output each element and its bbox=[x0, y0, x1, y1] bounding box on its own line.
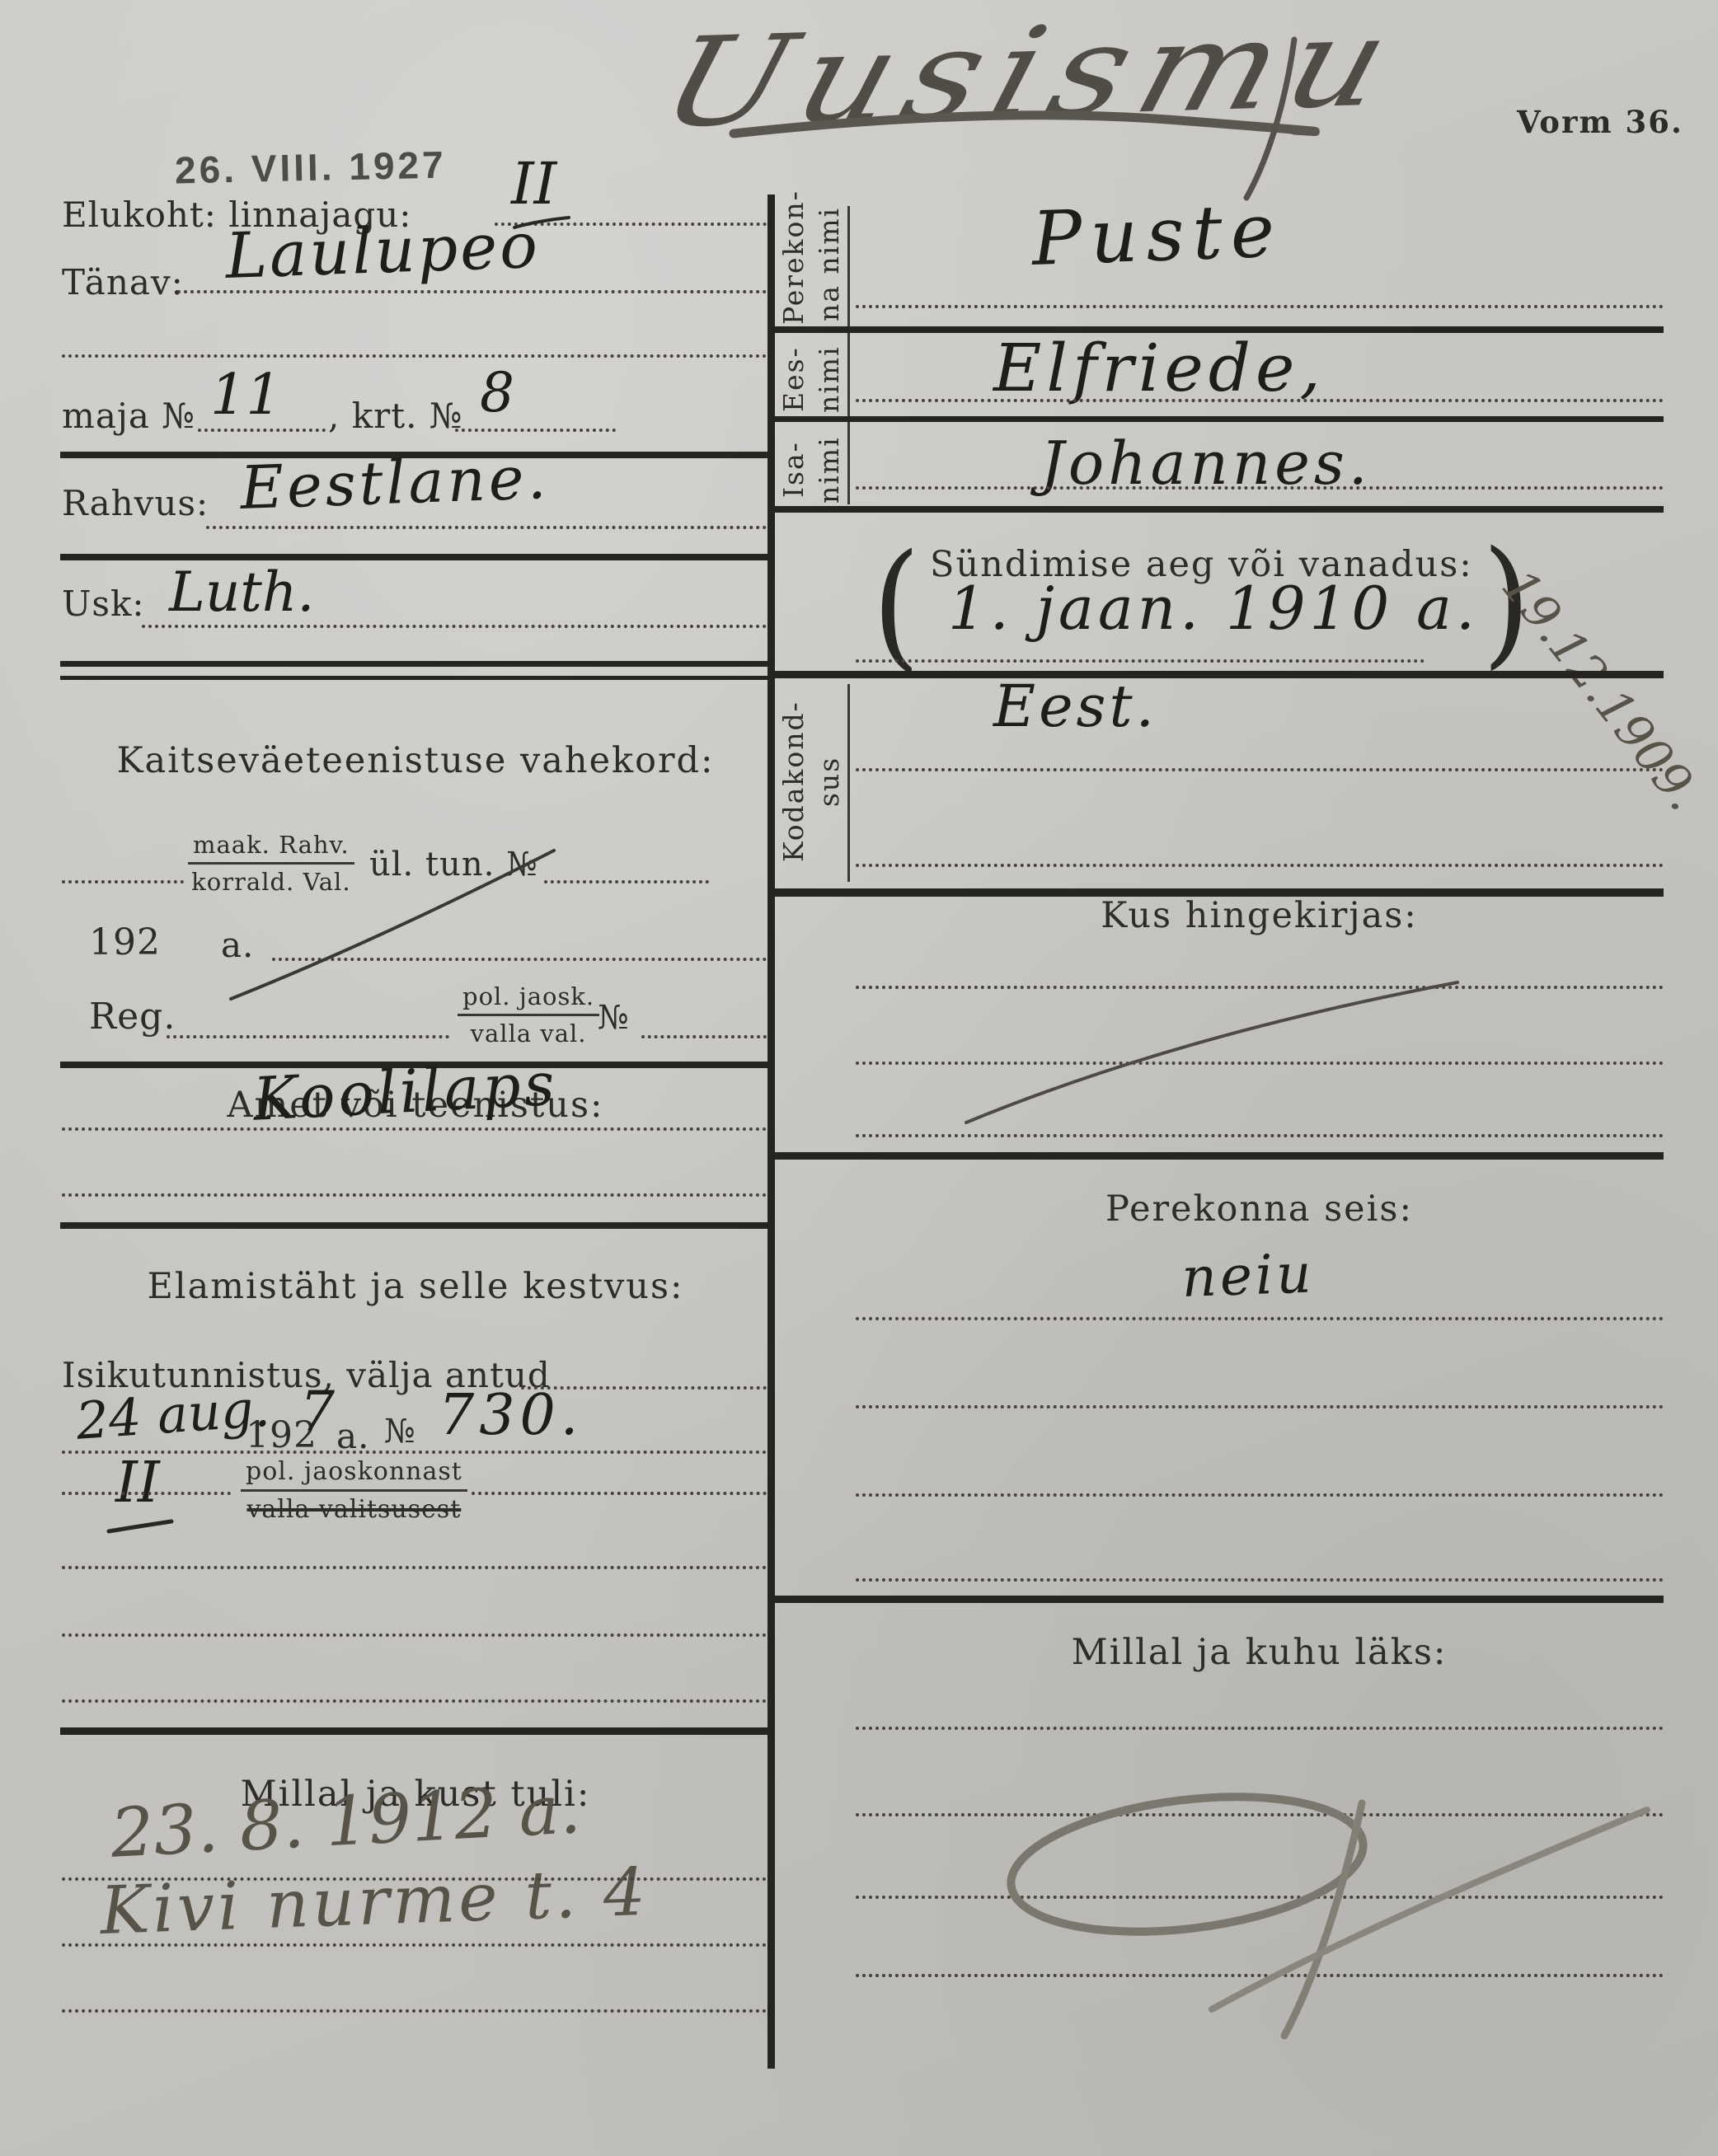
signature-handwriting: Uusismu bbox=[647, 0, 1417, 156]
maja-label: maja № bbox=[62, 396, 195, 436]
maja-value: 11 bbox=[210, 363, 282, 428]
perekonna-seis-header: Perekonna seis: bbox=[857, 1188, 1661, 1230]
dotted-line bbox=[856, 1578, 1664, 1582]
jaoskond-fraction: pol. jaoskonnast valla valitsusest bbox=[241, 1457, 467, 1524]
dotted-line bbox=[856, 864, 1664, 867]
rule-thick bbox=[60, 1727, 771, 1735]
eesnimi-value: Elfriede, bbox=[993, 330, 1326, 406]
isik-nr-label: № bbox=[384, 1413, 416, 1451]
pencil-stem-stroke bbox=[1284, 1803, 1362, 2036]
maak-korrald-fraction: maak. Rahv. korrald. Val. bbox=[188, 831, 354, 896]
hingekirjas-header: Kus hingekirjas: bbox=[857, 895, 1661, 936]
perekonnanimi-label: Perekon- na nimi bbox=[777, 203, 847, 325]
year-prefix: 192 bbox=[89, 921, 161, 963]
dotted-line bbox=[856, 1493, 1664, 1497]
district-underline-stroke bbox=[109, 1521, 171, 1531]
krt-label: , krt. № bbox=[328, 396, 463, 436]
rule-thick bbox=[60, 1222, 771, 1229]
usk-label: Usk: bbox=[62, 584, 145, 624]
dotted-line bbox=[62, 1127, 767, 1131]
date-stamp: 26. VIII. 1927 bbox=[174, 143, 447, 193]
dotted-line bbox=[62, 1492, 231, 1495]
eesnimi-label: Ees- nimi bbox=[777, 338, 847, 420]
dotted-line bbox=[198, 429, 326, 432]
dotted-line bbox=[856, 1405, 1664, 1408]
sundimine-pencil-note: 19.12.1909. bbox=[1490, 559, 1712, 821]
millal-laks-header: Millal ja kuhu läks: bbox=[857, 1632, 1661, 1673]
dotted-line bbox=[856, 768, 1664, 771]
dotted-line bbox=[62, 1193, 767, 1197]
dotted-line bbox=[272, 958, 767, 961]
dotted-line bbox=[455, 429, 616, 432]
dotted-line bbox=[62, 2009, 767, 2013]
rule-thick bbox=[60, 661, 771, 667]
dotted-line bbox=[472, 1492, 767, 1495]
label-cell-line bbox=[847, 206, 850, 504]
dotted-line bbox=[62, 880, 184, 883]
maak-rahv-label: maak. Rahv. bbox=[188, 831, 354, 865]
tanav-value: Laulupeo bbox=[224, 209, 541, 293]
rahvus-value: Eestlane. bbox=[239, 443, 551, 523]
kodakondsus-label: Kodakond- sus bbox=[777, 687, 847, 875]
isik-nr-value: 730. bbox=[439, 1383, 583, 1448]
pol-jaosk-label: pol. jaosk. bbox=[458, 982, 599, 1016]
isik-year-hand: 7 bbox=[300, 1380, 335, 1443]
isik-a-label: a. bbox=[336, 1416, 369, 1456]
rule-thick bbox=[767, 1596, 1664, 1603]
nr-label: № bbox=[598, 999, 630, 1037]
column-divider bbox=[767, 195, 775, 2069]
pol-valla-fraction: pol. jaosk. valla val. bbox=[458, 982, 599, 1048]
kaitse-header: Kaitseväeteenistuse vahekord: bbox=[62, 740, 769, 781]
dotted-line bbox=[856, 399, 1664, 402]
valla-valitsusest-label: valla valitsusest bbox=[241, 1492, 467, 1524]
dotted-line bbox=[856, 1062, 1664, 1065]
perekonna-seis-value: neiu bbox=[1181, 1241, 1316, 1310]
dotted-line bbox=[856, 305, 1664, 308]
dotted-line bbox=[856, 1974, 1664, 1977]
korrald-val-label: korrald. Val. bbox=[188, 865, 354, 896]
pencil-oval-mark bbox=[1003, 1779, 1371, 1949]
registration-card: Uusismu Vorm 36. 26. VIII. 1927 Elukoht:… bbox=[0, 0, 1718, 2156]
label-cell-line bbox=[847, 684, 850, 882]
dotted-line bbox=[206, 526, 767, 529]
dotted-line bbox=[62, 1877, 767, 1881]
dotted-line bbox=[544, 880, 709, 883]
dotted-line bbox=[856, 1813, 1664, 1816]
dotted-line bbox=[856, 1134, 1664, 1137]
kodakondsus-value: Eest. bbox=[993, 673, 1157, 740]
krt-value: 8 bbox=[480, 361, 514, 424]
dotted-line bbox=[856, 1896, 1664, 1899]
dotted-line bbox=[641, 1035, 767, 1038]
rahvus-label: Rahvus: bbox=[62, 483, 209, 523]
rule-thick bbox=[60, 554, 771, 560]
isanimi-label: Isa- nimi bbox=[777, 429, 847, 511]
reg-label: Reg. bbox=[89, 996, 176, 1038]
dotted-line bbox=[62, 1451, 767, 1454]
dotted-line bbox=[856, 986, 1664, 989]
valla-val-label: valla val. bbox=[458, 1016, 599, 1048]
dotted-line bbox=[856, 1317, 1664, 1320]
hingekirjas-slash-stroke bbox=[966, 982, 1457, 1123]
dotted-line bbox=[142, 625, 767, 628]
dotted-line bbox=[856, 659, 1425, 663]
rule-thick bbox=[767, 506, 1664, 513]
dotted-line bbox=[856, 1727, 1664, 1730]
a-label: a. bbox=[221, 925, 254, 965]
ul-tun-label: ül. tun. № bbox=[369, 846, 538, 883]
dotted-line bbox=[167, 1035, 449, 1038]
form-number: Vorm 36. bbox=[1517, 104, 1683, 140]
dotted-line bbox=[62, 1943, 767, 1947]
usk-value: Luth. bbox=[169, 560, 314, 624]
rule-thick bbox=[767, 1152, 1664, 1160]
dotted-line bbox=[177, 290, 767, 293]
rule-thick bbox=[767, 671, 1664, 678]
district-value: II bbox=[115, 1451, 160, 1516]
rule-thick bbox=[60, 676, 771, 680]
rule-thick bbox=[767, 416, 1664, 422]
pencil-flick-stroke bbox=[1212, 1810, 1647, 2009]
elukoht-value: II bbox=[511, 150, 556, 218]
pol-jaoskonnast-label: pol. jaoskonnast bbox=[241, 1457, 467, 1492]
dotted-line bbox=[62, 1699, 767, 1703]
elamistaht-header: Elamistäht ja selle kestvus: bbox=[62, 1266, 769, 1307]
tanav-label: Tänav: bbox=[62, 262, 184, 302]
perekonnanimi-value: Puste bbox=[1030, 187, 1284, 283]
sundimine-value: 1. jaan. 1910 a. bbox=[948, 574, 1479, 643]
dotted-line bbox=[856, 486, 1664, 490]
isik-date-value: 24 aug. bbox=[74, 1378, 271, 1451]
dotted-line bbox=[62, 1566, 767, 1569]
dotted-line bbox=[62, 354, 767, 358]
dotted-line bbox=[62, 1633, 767, 1637]
